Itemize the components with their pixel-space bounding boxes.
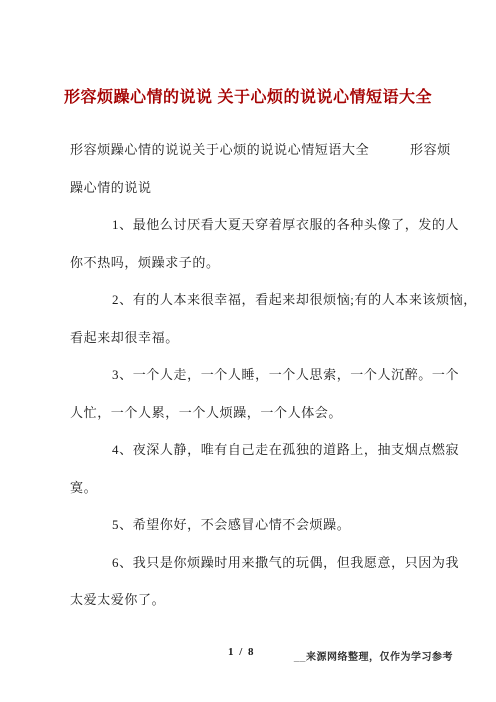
document-page: 形容烦躁心情的说说 关于心烦的说说心情短语大全 形容烦躁心情的说说关于心烦的说说…: [0, 0, 496, 702]
page-number: 1 / 8: [228, 646, 255, 658]
paragraph-line: 看起来却很幸福。: [70, 328, 488, 366]
paragraph-line: 太爱太爱你了。: [70, 590, 488, 628]
page-title: 形容烦躁心情的说说 关于心烦的说说心情短语大全: [0, 84, 496, 107]
paragraph-line: 你不热吗，烦躁求子的。: [70, 253, 488, 291]
document-body: 形容烦躁心情的说说关于心烦的说说心情短语大全 形容烦躁心情的说说1、最他么讨厌看…: [70, 140, 488, 628]
paragraph-line: 6、我只是你烦躁时用来撒气的玩偶，但我愿意，只因为我: [70, 553, 488, 591]
paragraph-line: 2、有的人本来很幸福，看起来却很烦恼;有的人本来该烦恼，: [70, 290, 488, 328]
paragraph-line: 人忙，一个人累，一个人烦躁，一个人体会。: [70, 403, 488, 441]
paragraph-line: 形容烦躁心情的说说关于心烦的说说心情短语大全 形容烦: [70, 140, 488, 178]
footer-note: __来源网络整理，仅作为学习参考: [294, 648, 453, 663]
paragraph-line: 躁心情的说说: [70, 178, 488, 216]
paragraph-line: 4、夜深人静，唯有自己走在孤独的道路上，抽支烟点燃寂: [70, 440, 488, 478]
paragraph-line: 寞。: [70, 478, 488, 516]
paragraph-line: 3、一个人走，一个人睡，一个人思索，一个人沉醉。一个: [70, 365, 488, 403]
paragraph-line: 1、最他么讨厌看大夏天穿着厚衣服的各种头像了，发的人: [70, 215, 488, 253]
paragraph-line: 5、希望你好，不会感冒心情不会烦躁。: [70, 515, 488, 553]
